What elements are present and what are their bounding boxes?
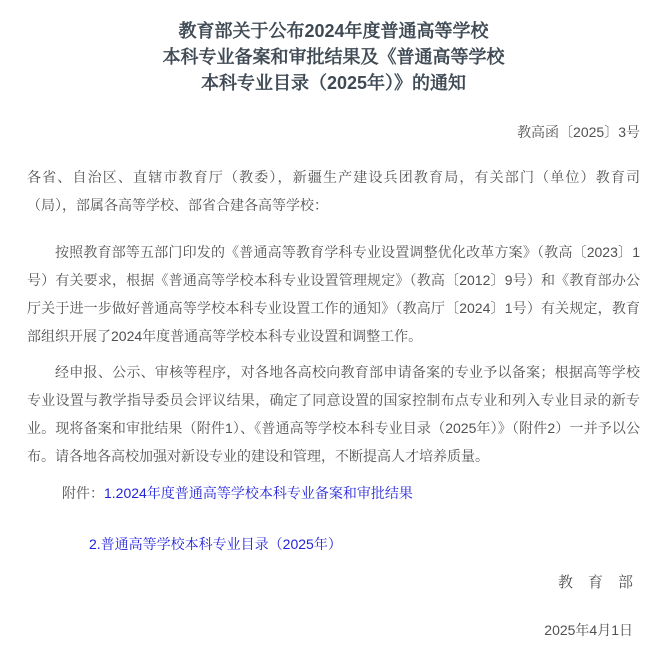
attachment-link-1[interactable]: 1.2024年度普通高等学校本科专业备案和审批结果 <box>104 485 413 501</box>
body-paragraph-1: 按照教育部等五部门印发的《普通高等教育学科专业设置调整优化改革方案》（教高〔20… <box>27 238 640 350</box>
issuer-signature: 教 育 部 <box>27 573 640 593</box>
notice-title-line-3: 本科专业目录（2025年）》的通知 <box>27 70 640 96</box>
attachment-row-2: 2.普通高等学校本科专业目录（2025年） <box>62 530 640 558</box>
attachment-row-1: 附件：1.2024年度普通高等学校本科专业备案和审批结果 <box>62 479 640 507</box>
notice-title-line-1: 教育部关于公布2024年度普通高等学校 <box>27 18 640 44</box>
attachment-link-2[interactable]: 2.普通高等学校本科专业目录（2025年） <box>89 536 342 552</box>
issue-date: 2025年4月1日 <box>27 620 640 640</box>
attachments-block: 附件：1.2024年度普通高等学校本科专业备案和审批结果 2.普通高等学校本科专… <box>27 479 640 558</box>
notice-title: 教育部关于公布2024年度普通高等学校 本科专业备案和审批结果及《普通高等学校 … <box>27 18 640 96</box>
body-paragraph-2: 经申报、公示、审核等程序，对各地各高校向教育部申请备案的专业予以备案；根据高等学… <box>27 358 640 470</box>
notice-page: 教育部关于公布2024年度普通高等学校 本科专业备案和审批结果及《普通高等学校 … <box>0 0 670 657</box>
attachments-label: 附件： <box>62 485 104 501</box>
notice-title-line-2: 本科专业备案和审批结果及《普通高等学校 <box>27 44 640 70</box>
doc-number: 教高函〔2025〕3号 <box>27 122 640 142</box>
salutation-paragraph: 各省、自治区、直辖市教育厅（教委），新疆生产建设兵团教育局，有关部门（单位）教育… <box>27 163 640 219</box>
